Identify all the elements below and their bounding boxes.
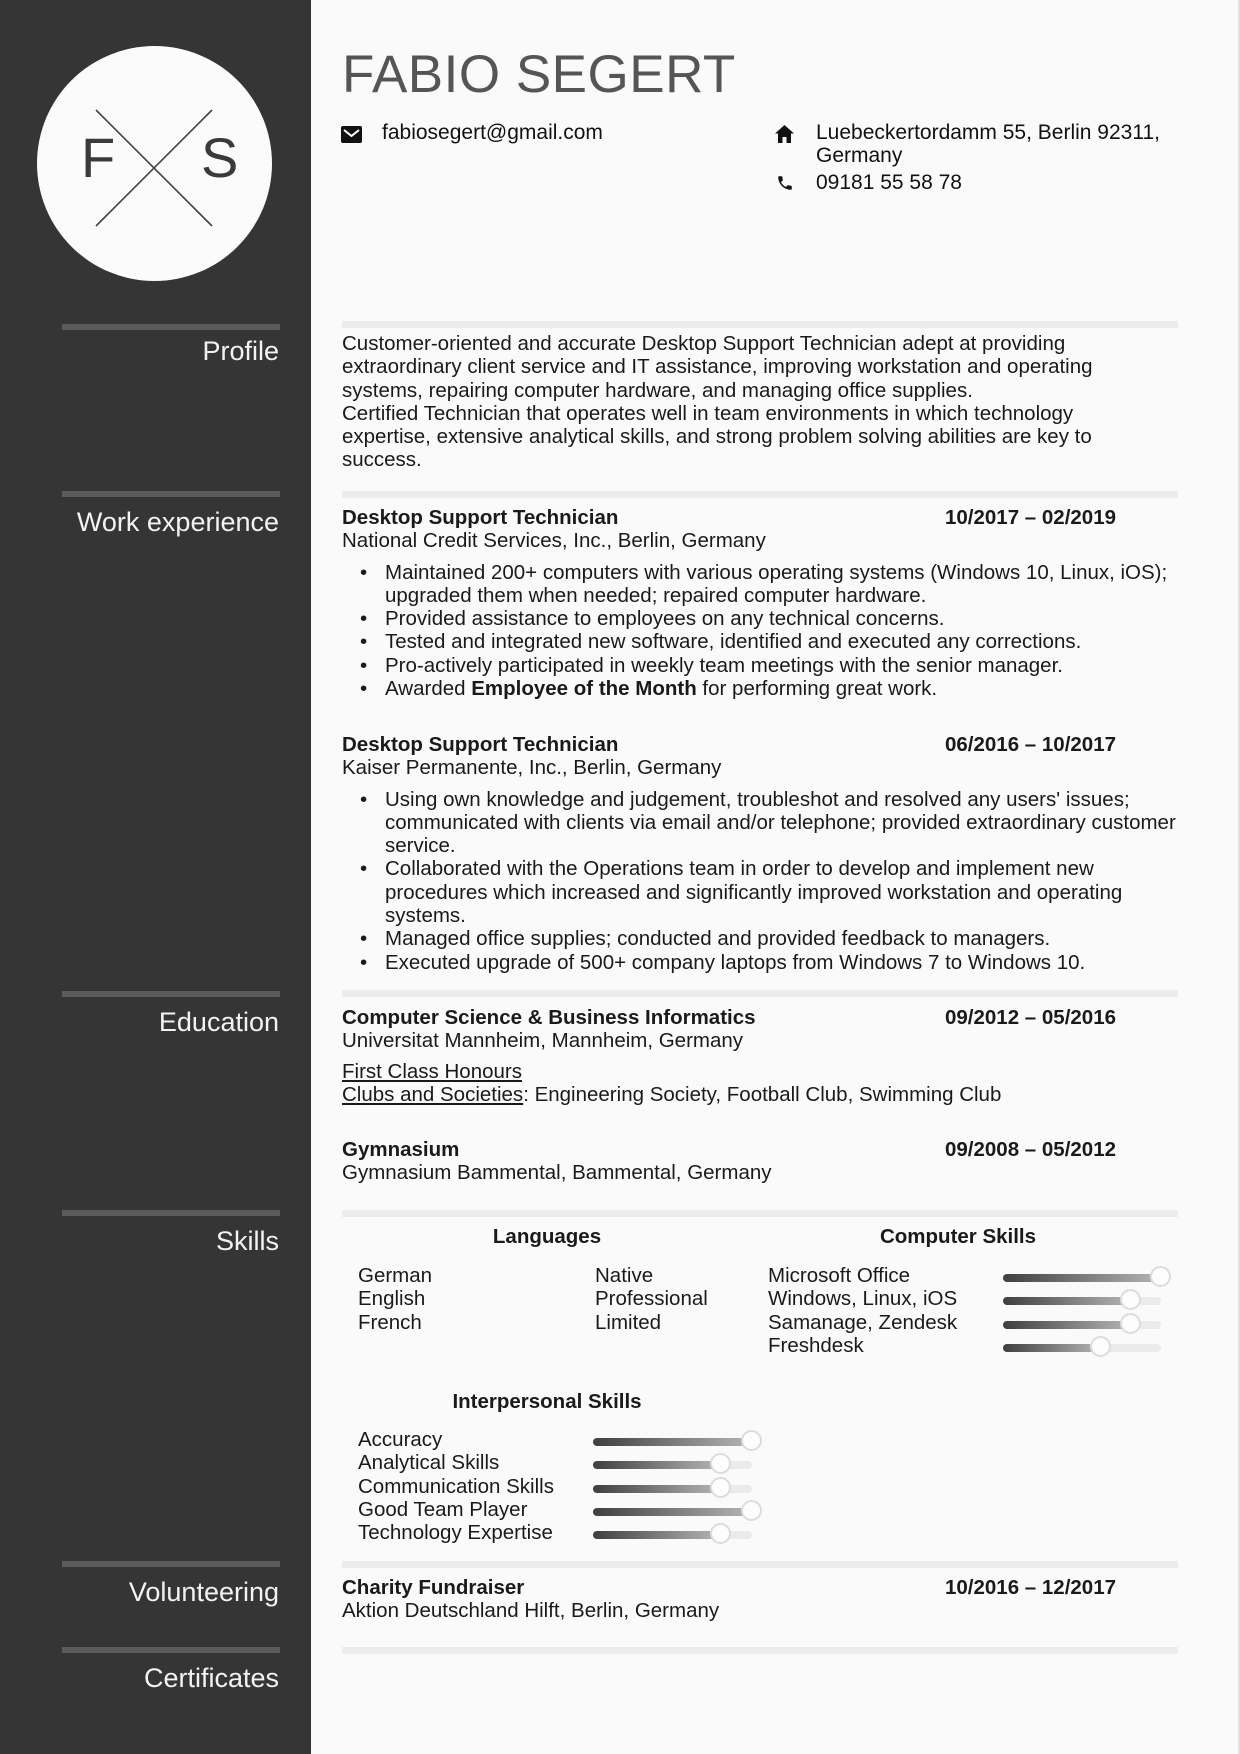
skill-rating-bar — [593, 1485, 752, 1493]
address-line-1: Luebeckertordamm 55, Berlin 92311, — [816, 121, 1160, 144]
language-name: French — [358, 1311, 422, 1334]
interpersonal-skills-list: AccuracyAnalytical SkillsCommunication S… — [358, 1428, 778, 1544]
certificates-divider — [342, 1647, 1178, 1654]
email-link[interactable]: fabiosegert@gmail.com — [382, 121, 603, 144]
education-entry: Gymnasium 09/2008 – 05/2012 Gymnasium Ba… — [342, 1138, 1178, 1185]
volunteering-rule — [62, 1561, 280, 1567]
bullet-item: Executed upgrade of 500+ company laptops… — [342, 951, 1178, 974]
skill-name: Accuracy — [358, 1428, 442, 1451]
education-entry: Computer Science & Business Informatics … — [342, 1006, 1178, 1106]
profile-line: systems, repairing computer hardware, an… — [342, 379, 1182, 402]
profile-rule — [62, 324, 280, 330]
certificates-rule — [62, 1647, 280, 1653]
computer-skills-heading: Computer Skills — [858, 1227, 1058, 1248]
computer-skill-row: Windows, Linux, iOS — [768, 1287, 1168, 1310]
job-dates: 06/2016 – 10/2017 — [945, 733, 1116, 756]
skill-name: Freshdesk — [768, 1334, 864, 1357]
monogram-logo: F S — [37, 46, 272, 281]
skill-rating-knob — [1120, 1289, 1141, 1310]
section-label-profile: Profile — [19, 338, 279, 365]
section-label-certificates: Certificates — [19, 1665, 279, 1692]
skill-rating-fill — [593, 1531, 720, 1539]
skill-rating-bar — [1003, 1321, 1161, 1329]
skill-rating-fill — [1003, 1274, 1160, 1282]
skill-rating-fill — [593, 1438, 751, 1446]
candidate-name: FABIO SEGERT — [342, 48, 736, 101]
skills-divider — [342, 1210, 1178, 1217]
profile-summary: Customer-oriented and accurate Desktop S… — [342, 332, 1182, 472]
skill-rating-fill — [1003, 1321, 1130, 1329]
skill-rating-knob — [710, 1523, 731, 1544]
skill-name: Technology Expertise — [358, 1521, 553, 1544]
computer-skill-row: Freshdesk — [768, 1334, 1168, 1357]
section-label-work: Work experience — [19, 509, 279, 536]
phone-number: 09181 55 58 78 — [816, 171, 962, 194]
education-dates: 09/2012 – 05/2016 — [945, 1006, 1116, 1029]
bullet-item: Pro-actively participated in weekly team… — [342, 654, 1178, 677]
language-row: GermanNative — [358, 1264, 758, 1287]
skill-rating-fill — [593, 1508, 751, 1516]
bullet-item: Maintained 200+ computers with various o… — [342, 561, 1178, 608]
skill-rating-knob — [710, 1477, 731, 1498]
home-icon — [775, 125, 794, 143]
skill-rating-bar — [593, 1461, 752, 1469]
languages-heading: Languages — [447, 1227, 647, 1248]
skill-name: Analytical Skills — [358, 1451, 499, 1474]
skill-rating-bar — [593, 1438, 752, 1446]
computer-skill-row: Microsoft Office — [768, 1264, 1168, 1287]
language-level: Limited — [595, 1311, 661, 1334]
section-label-education: Education — [19, 1009, 279, 1036]
skill-rating-bar — [593, 1531, 752, 1539]
skill-rating-knob — [1120, 1313, 1141, 1334]
interpersonal-skill-row: Communication Skills — [358, 1475, 778, 1498]
computer-skill-row: Samanage, Zendesk — [768, 1311, 1168, 1334]
envelope-icon — [341, 126, 362, 143]
languages-list: GermanNativeEnglishProfessionalFrenchLim… — [358, 1264, 758, 1334]
bullet-emphasis: Employee of the Month — [471, 677, 697, 700]
honours: First Class Honours — [342, 1060, 1178, 1083]
job-dates: 10/2017 – 02/2019 — [945, 506, 1116, 529]
skills-rule — [62, 1210, 280, 1216]
job-company: Kaiser Permanente, Inc., Berlin, Germany — [342, 756, 1178, 779]
interpersonal-skill-row: Technology Expertise — [358, 1521, 778, 1544]
education-divider — [342, 990, 1178, 997]
education-rule — [62, 991, 280, 997]
skill-rating-fill — [593, 1485, 720, 1493]
honours-link[interactable]: First Class Honours — [342, 1060, 522, 1083]
language-name: English — [358, 1287, 425, 1310]
phone-icon — [776, 174, 794, 192]
section-label-skills: Skills — [19, 1228, 279, 1255]
computer-skills-list: Microsoft OfficeWindows, Linux, iOSSaman… — [768, 1264, 1168, 1357]
skill-rating-knob — [710, 1453, 731, 1474]
bullet-item: Managed office supplies; conducted and p… — [342, 927, 1178, 950]
job-entry: Desktop Support Technician 06/2016 – 10/… — [342, 733, 1178, 974]
profile-divider — [342, 321, 1178, 328]
clubs-line: Clubs and Societies: Engineering Society… — [342, 1083, 1178, 1106]
language-level: Professional — [595, 1287, 708, 1310]
skill-rating-bar — [1003, 1274, 1161, 1282]
language-row: FrenchLimited — [358, 1311, 758, 1334]
skill-name: Good Team Player — [358, 1498, 527, 1521]
bullet-item: Using own knowledge and judgement, troub… — [342, 788, 1178, 858]
school-name: Universitat Mannheim, Mannheim, Germany — [342, 1029, 1178, 1052]
skill-rating-fill — [1003, 1297, 1130, 1305]
clubs-link[interactable]: Clubs and Societies — [342, 1083, 523, 1106]
volunteer-dates: 10/2016 – 12/2017 — [945, 1576, 1116, 1599]
bullet-item: Tested and integrated new software, iden… — [342, 630, 1178, 653]
profile-line: success. — [342, 448, 1182, 471]
profile-line: Certified Technician that operates well … — [342, 402, 1182, 425]
skill-rating-fill — [1003, 1344, 1100, 1352]
bullet-item: Collaborated with the Operations team in… — [342, 857, 1178, 927]
skill-name: Communication Skills — [358, 1475, 554, 1498]
volunteering-entry: Charity Fundraiser 10/2016 – 12/2017 Akt… — [342, 1576, 1178, 1623]
address-line-2: Germany — [816, 144, 902, 167]
interpersonal-skill-row: Analytical Skills — [358, 1451, 778, 1474]
work-rule — [62, 491, 280, 497]
skill-rating-bar — [593, 1508, 752, 1516]
job-bullets: Using own knowledge and judgement, troub… — [342, 788, 1178, 974]
volunteer-org: Aktion Deutschland Hilft, Berlin, German… — [342, 1599, 1178, 1622]
education-dates: 09/2008 – 05/2012 — [945, 1138, 1116, 1161]
logo-initial-right: S — [201, 130, 238, 186]
skill-rating-knob — [741, 1430, 762, 1451]
bullet-item: Awarded Employee of the Month for perfor… — [342, 677, 1178, 700]
school-name: Gymnasium Bammental, Bammental, Germany — [342, 1161, 1178, 1184]
language-name: German — [358, 1264, 432, 1287]
profile-line: extraordinary client service and IT assi… — [342, 355, 1182, 378]
skill-rating-knob — [1150, 1266, 1171, 1287]
clubs-value: : Engineering Society, Football Club, Sw… — [523, 1083, 1001, 1106]
skill-rating-bar — [1003, 1344, 1161, 1352]
volunteering-divider — [342, 1561, 1178, 1568]
work-divider — [342, 491, 1178, 498]
job-bullets: Maintained 200+ computers with various o… — [342, 561, 1178, 701]
language-level: Native — [595, 1264, 653, 1287]
job-company: National Credit Services, Inc., Berlin, … — [342, 529, 1178, 552]
section-label-volunteering: Volunteering — [19, 1579, 279, 1606]
language-row: EnglishProfessional — [358, 1287, 758, 1310]
skill-rating-knob — [1090, 1336, 1111, 1357]
skill-name: Windows, Linux, iOS — [768, 1287, 957, 1310]
interpersonal-skills-heading: Interpersonal Skills — [397, 1392, 697, 1413]
job-entry: Desktop Support Technician 10/2017 – 02/… — [342, 506, 1178, 700]
bullet-item: Provided assistance to employees on any … — [342, 607, 1178, 630]
interpersonal-skill-row: Accuracy — [358, 1428, 778, 1451]
logo-initial-left: F — [81, 130, 115, 186]
skill-rating-fill — [593, 1461, 720, 1469]
interpersonal-skill-row: Good Team Player — [358, 1498, 778, 1521]
profile-line: expertise, extensive analytical skills, … — [342, 425, 1182, 448]
skill-name: Microsoft Office — [768, 1264, 910, 1287]
skill-rating-bar — [1003, 1297, 1161, 1305]
skill-rating-knob — [741, 1500, 762, 1521]
profile-line: Customer-oriented and accurate Desktop S… — [342, 332, 1182, 355]
skill-name: Samanage, Zendesk — [768, 1311, 957, 1334]
